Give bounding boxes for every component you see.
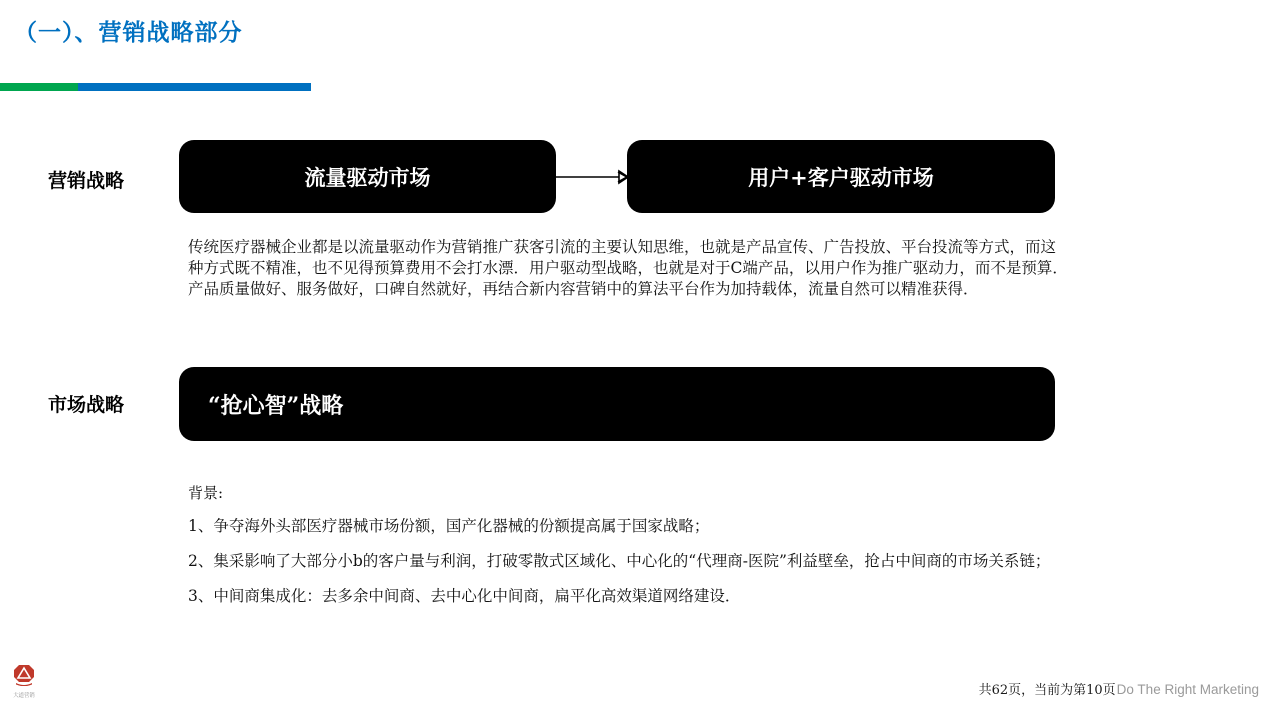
flow-box-traffic-label: 流量驱动市场 xyxy=(305,162,431,192)
company-logo: 大道营销 xyxy=(6,664,42,699)
strategy-box-mindshare: “抢心智”战略 xyxy=(179,367,1055,441)
company-logo-icon xyxy=(13,664,35,690)
marketing-strategy-label: 营销战略 xyxy=(48,166,124,193)
page-counter: 共62页，当前为第10页 xyxy=(979,679,1116,698)
flow-box-traffic-driven: 流量驱动市场 xyxy=(179,140,556,213)
accent-bar-blue xyxy=(78,83,311,91)
strategy-paragraph-line: 产品质量做好、服务做好，口碑自然就好，再结合新内容营销中的算法平台作为加持载体，… xyxy=(188,279,1140,300)
logo-caption: 大道营销 xyxy=(13,690,35,698)
flow-box-user-label: 用户+客户驱动市场 xyxy=(748,162,934,192)
market-strategy-label: 市场战略 xyxy=(48,390,124,417)
strategy-paragraph: 传统医疗器械企业都是以流量驱动作为营销推广获客引流的主要认知思维，也就是产品宣传… xyxy=(188,237,1140,300)
footer-right: 共62页，当前为第10页 Do The Right Marketing xyxy=(979,679,1259,698)
strategy-paragraph-line: 传统医疗器械企业都是以流量驱动作为营销推广获客引流的主要认知思维，也就是产品宣传… xyxy=(188,237,1140,258)
flow-box-user-driven: 用户+客户驱动市场 xyxy=(627,140,1055,213)
strategy-box-mindshare-label: “抢心智”战略 xyxy=(208,389,343,420)
arrow-right-icon xyxy=(556,167,628,187)
strategy-paragraph-line: 种方式既不精准，也不见得预算费用不会打水漂．用户驱动型战略，也就是对于C端产品，… xyxy=(188,258,1140,279)
slogan-text: Do The Right Marketing xyxy=(1117,682,1259,697)
slide: （一）、营销战略部分 营销战略 流量驱动市场 用户+客户驱动市场 传统医疗器械企… xyxy=(0,0,1264,702)
background-heading: 背景: xyxy=(188,482,223,503)
background-item: 1、争夺海外头部医疗器械市场份额，国产化器械的份额提高属于国家战略； xyxy=(188,514,709,536)
background-item: 3、中间商集成化：去多余中间商、去中心化中间商，扁平化高效渠道网络建设． xyxy=(188,584,740,606)
accent-bar-green xyxy=(0,83,78,91)
page-title: （一）、营销战略部分 xyxy=(14,14,243,47)
background-item: 2、集采影响了大部分小b的客户量与利润，打破零散式区域化、中心化的“代理商-医院… xyxy=(188,549,1050,571)
